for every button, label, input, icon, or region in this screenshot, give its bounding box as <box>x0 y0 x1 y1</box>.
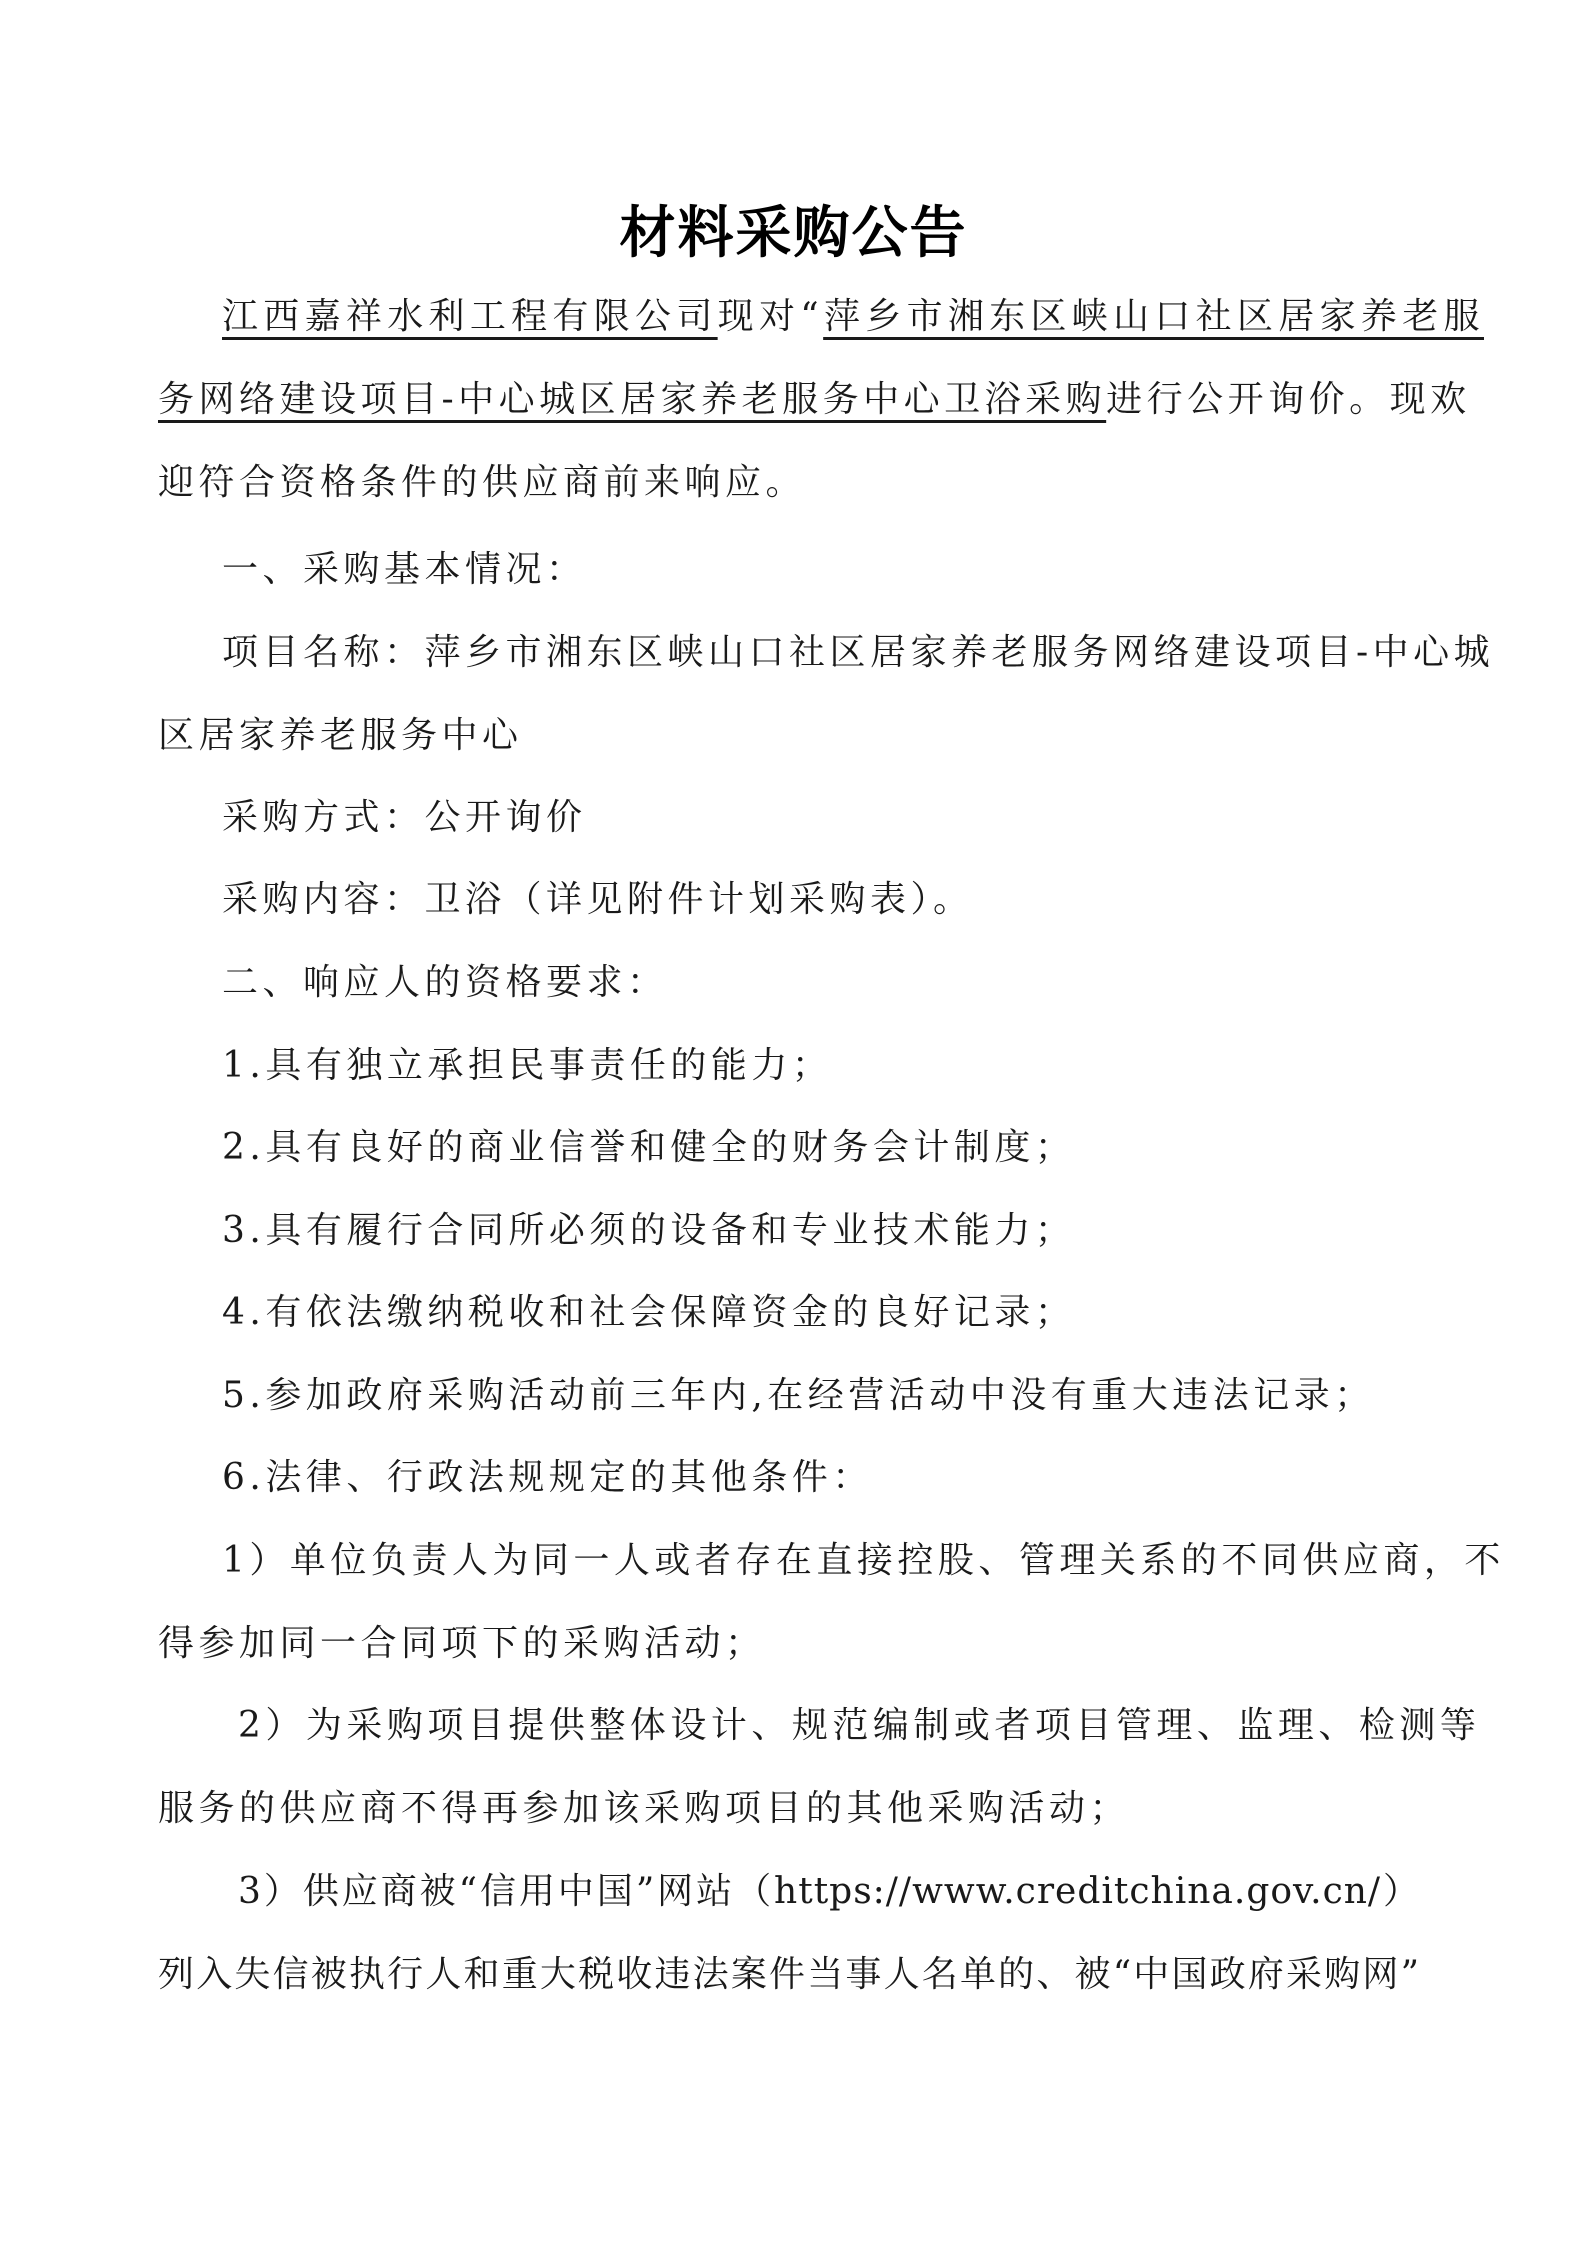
sub-item-3-line-2: 列入失信被执行人和重大税收违法案件当事人名单的、被“中国政府采购网” <box>158 1945 1420 2005</box>
sub-item-1-line-2: 得参加同一合同项下的采购活动； <box>158 1614 1420 1674</box>
document-page: 材料采购公告 江西嘉祥水利工程有限公司现对“萍乡市湘东区峡山口社区居家养老服 务… <box>0 0 1587 2245</box>
requirement-item-4: 4.有依法缴纳税收和社会保障资金的良好记录； <box>222 1283 1484 1343</box>
requirement-item-1: 1.具有独立承担民事责任的能力； <box>222 1036 1484 1096</box>
project-title-part1: 萍乡市湘东区峡山口社区居家养老服 <box>823 296 1484 337</box>
section2-heading: 二、响应人的资格要求： <box>222 953 1484 1013</box>
page-title: 材料采购公告 <box>0 196 1587 272</box>
intro-line-2: 务网络建设项目-中心城区居家养老服务中心卫浴采购进行公开询价。现欢 <box>158 370 1420 430</box>
sub-item-2-line-2: 服务的供应商不得再参加该采购项目的其他采购活动； <box>158 1779 1420 1839</box>
procurement-content: 采购内容：卫浴（详见附件计划采购表）。 <box>222 870 1484 930</box>
intro-line-3: 迎符合资格条件的供应商前来响应。 <box>158 453 1420 513</box>
section1-heading: 一、采购基本情况： <box>222 540 1484 600</box>
sub-item-3-line-1: 3）供应商被“信用中国”网站（https://www.creditchina.g… <box>238 1862 1420 1922</box>
intro-text-a: 现对“ <box>718 296 824 337</box>
project-title-part2: 务网络建设项目-中心城区居家养老服务中心卫浴采购 <box>158 379 1106 420</box>
procurement-method: 采购方式：公开询价 <box>222 788 1484 848</box>
sub-item-2-line-1: 2）为采购项目提供整体设计、规范编制或者项目管理、监理、检测等 <box>238 1696 1420 1756</box>
requirement-item-5: 5.参加政府采购活动前三年内,在经营活动中没有重大违法记录； <box>222 1366 1484 1426</box>
requirement-item-2: 2.具有良好的商业信誉和健全的财务会计制度； <box>222 1118 1484 1178</box>
intro-line-1: 江西嘉祥水利工程有限公司现对“萍乡市湘东区峡山口社区居家养老服 <box>222 287 1484 347</box>
project-name-line-2: 区居家养老服务中心 <box>158 706 1420 766</box>
requirement-item-6: 6.法律、行政法规规定的其他条件： <box>222 1448 1484 1508</box>
sub-item-1-line-1: 1）单位负责人为同一人或者存在直接控股、管理关系的不同供应商，不 <box>222 1531 1420 1591</box>
intro-text-b: 进行公开询价。现欢 <box>1106 379 1471 420</box>
project-name-line-1: 项目名称：萍乡市湘东区峡山口社区居家养老服务网络建设项目-中心城 <box>222 623 1420 683</box>
company-name: 江西嘉祥水利工程有限公司 <box>222 296 718 337</box>
requirement-item-3: 3.具有履行合同所必须的设备和专业技术能力； <box>222 1201 1484 1261</box>
